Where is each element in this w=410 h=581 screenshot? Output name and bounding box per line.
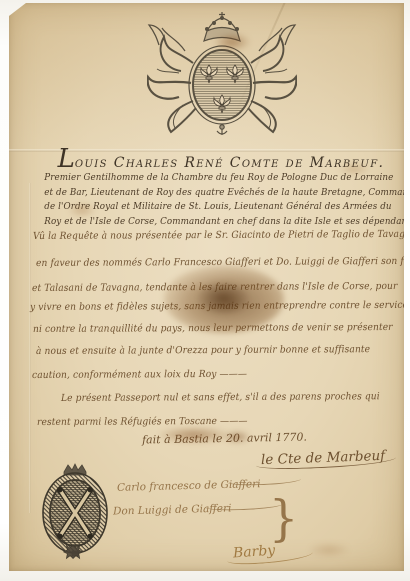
manuscript-line: Le présent Passeport nul et sans effet, … (61, 391, 380, 404)
manuscript-line: à nous et ensuite à la junte d'Orezza po… (36, 344, 370, 357)
manuscript-line: en faveur des nommés Carlo Francesco Gia… (36, 256, 410, 269)
printed-intro-line: de l'Ordre Royal et Militaire de St. Lou… (44, 200, 385, 215)
photo-backdrop: Louis Charles René Comte de Marbeuf. Pre… (0, 0, 410, 581)
crown-icon (204, 12, 240, 41)
printed-intro: Premier Gentilhomme de la Chambre du feu… (39, 171, 391, 229)
foxing-spot (309, 543, 349, 557)
manuscript-line: y vivre en bons et fidèles sujets, sans … (30, 300, 410, 313)
manuscript-line: restent parmi les Réfugiés en Toscane ——… (37, 416, 248, 428)
printed-intro-line: Premier Gentilhomme de la Chambre du feu… (44, 171, 385, 186)
manuscript-line: ni contre la tranquillité du pays, nous … (33, 322, 393, 335)
seal-icon (36, 460, 114, 566)
printed-intro-line: et de Bar, Lieutenant de Roy des quatre … (44, 186, 385, 201)
printed-intro-line: Roy et de l'Isle de Corse, Commandant en… (44, 215, 385, 230)
manuscript-line: Vû la Requête à nous présentée par le Sr… (33, 229, 410, 242)
manuscript-line: et Talasani de Tavagna, tendante à les f… (32, 281, 397, 294)
vertical-crease (29, 183, 31, 513)
document-title: Louis Charles René Comte de Marbeuf. (43, 144, 399, 174)
royal-arms-icon (147, 11, 297, 139)
names-brace: } (269, 490, 298, 547)
manuscript-line: caution, conformément aux loix du Roy ——… (32, 369, 247, 381)
name-flourish (227, 475, 301, 487)
document-paper: Louis Charles René Comte de Marbeuf. Pre… (9, 3, 404, 571)
dateline: fait à Bastia le 20. avril 1770. (142, 431, 307, 447)
